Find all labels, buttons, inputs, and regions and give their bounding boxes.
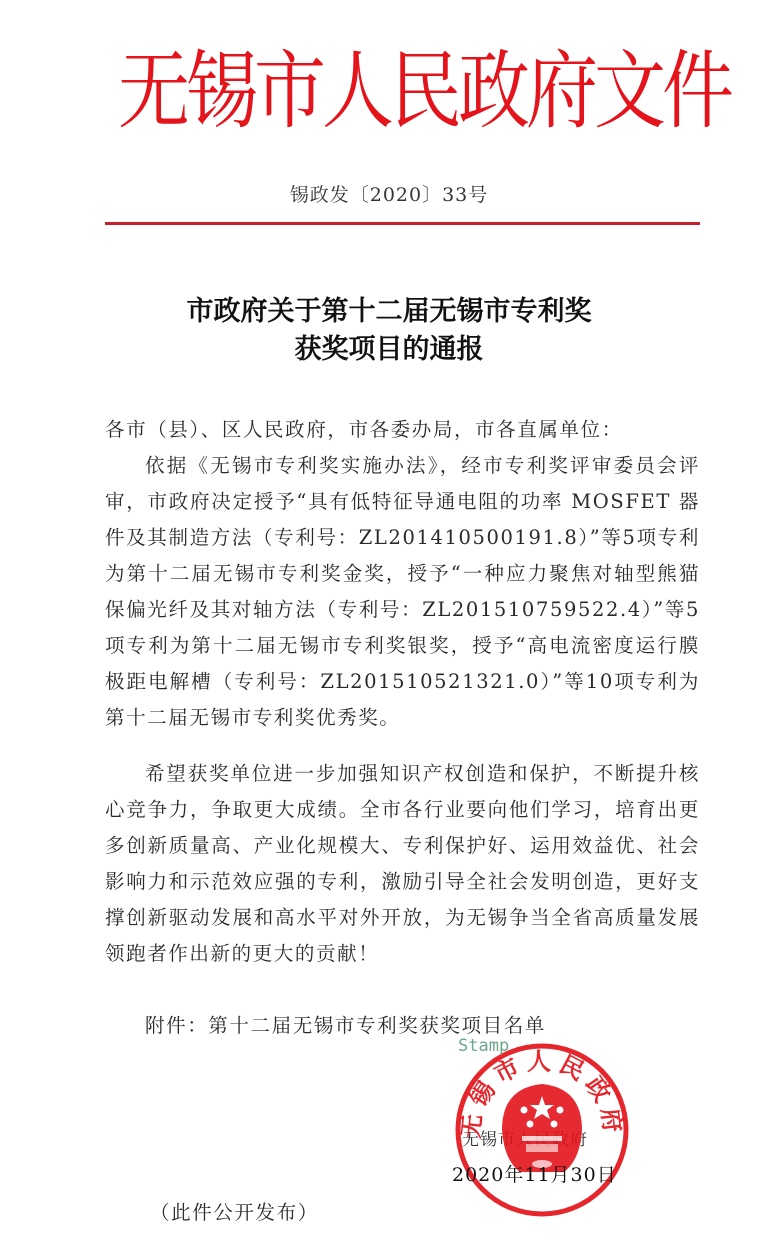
stamp-label: Stamp: [458, 1036, 509, 1056]
notice-title: 市政府关于第十二届无锡市专利奖 获奖项目的通报: [0, 293, 778, 369]
body-paragraph-encouragement: 希望获奖单位进一步加强知识产权创造和保护，不断提升核心竞争力，争取更大成绩。全市…: [105, 756, 700, 972]
official-seal-stamp-icon: 无锡市人民政府: [452, 1040, 632, 1220]
issue-date: 2020年11月30日: [452, 1160, 617, 1187]
document-header-title: 无锡市人民政府文件: [118, 33, 678, 151]
document-number: 锡政发〔2020〕33号: [0, 180, 778, 207]
notice-title-line-2: 获奖项目的通报: [0, 331, 778, 369]
notice-title-line-1: 市政府关于第十二届无锡市专利奖: [0, 293, 778, 331]
salutation: 各市（县）、区人民政府，市各委办局，市各直属单位：: [105, 412, 700, 448]
attachment-line: 附件：第十二届无锡市专利奖获奖项目名单: [145, 1008, 740, 1044]
header-divider-line: [105, 222, 700, 225]
public-release-note: （此件公开发布）: [150, 1195, 450, 1231]
body-paragraph-awards: 依据《无锡市专利奖实施办法》，经市专利奖评审委员会评审，市政府决定授予“具有低特…: [105, 448, 700, 736]
